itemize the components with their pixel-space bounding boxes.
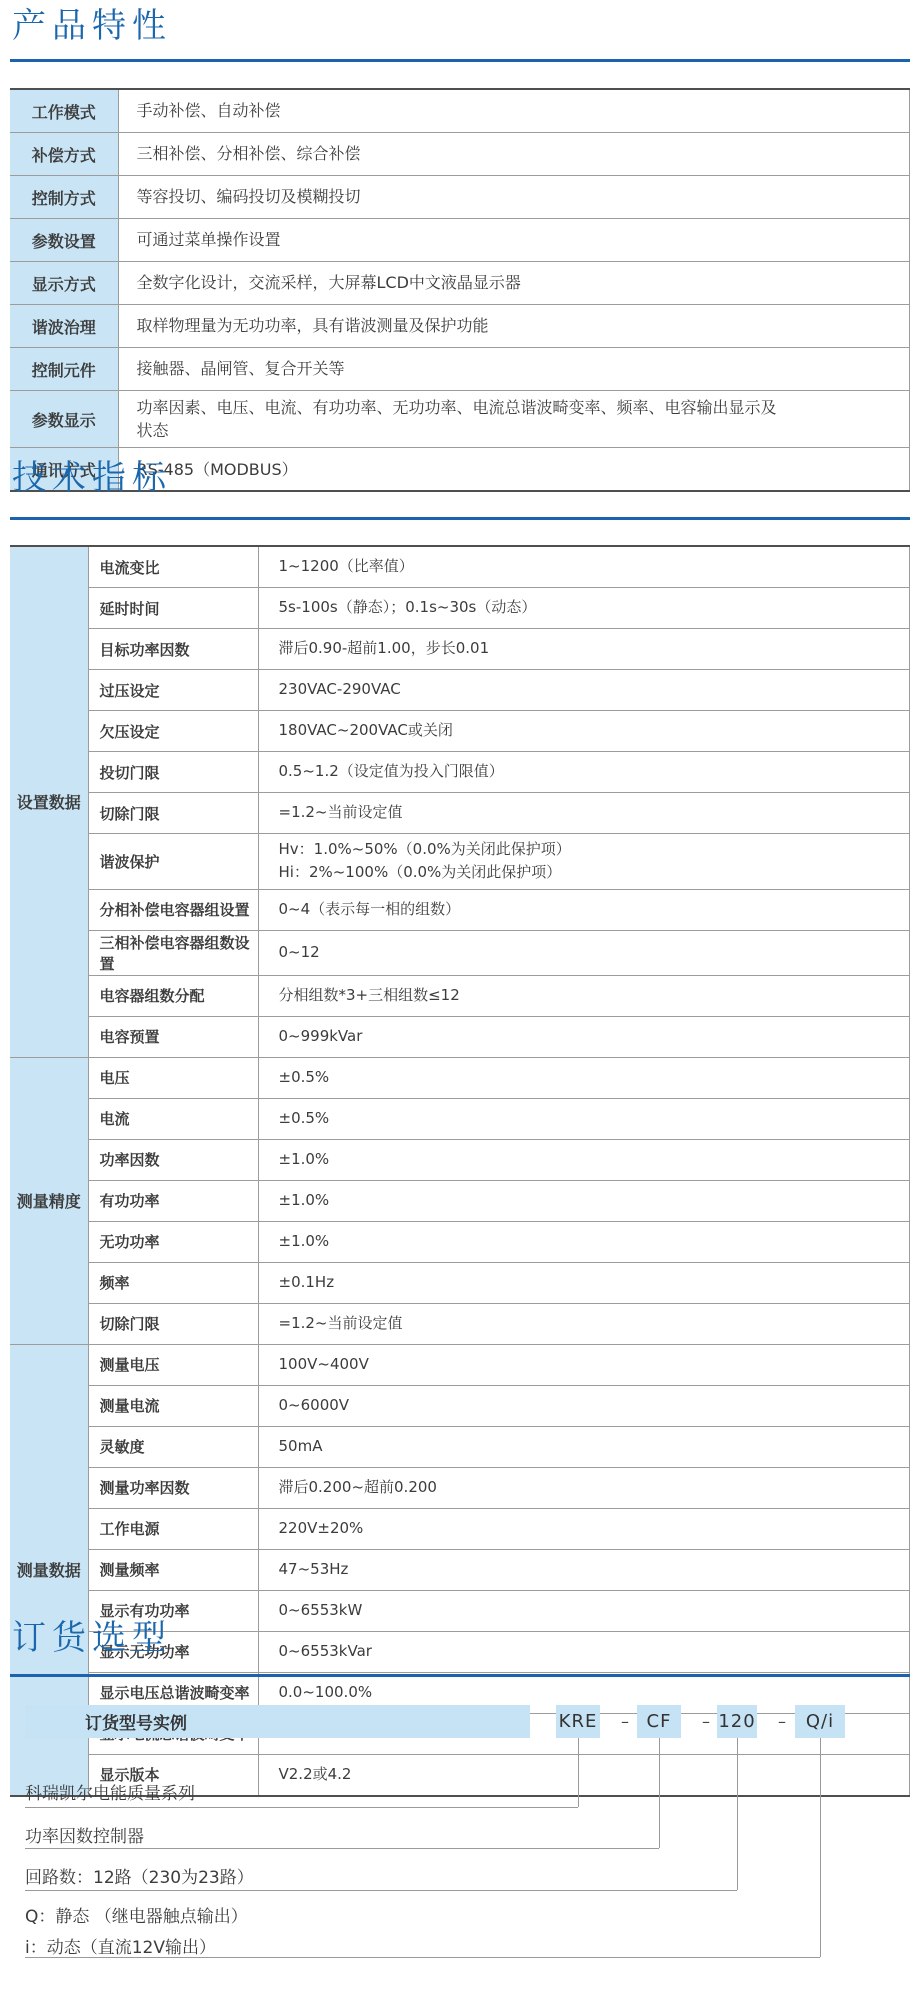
feature-value: RS-485（MODBUS） [118,448,910,492]
legend-text: 科瑞凯尔电能质量系列 [25,1779,195,1804]
spec-label: 三相补偿电容器组数设置 [88,930,258,975]
spec-label: 切除门限 [88,1303,258,1344]
section-title-features: 产品特性 [12,4,172,48]
spec-value: 100V~400V [258,1344,910,1385]
spec-value: 分相组数*3+三相组数≤12 [258,975,910,1016]
spec-label: 欠压设定 [88,711,258,752]
spec-label: 测量功率因数 [88,1467,258,1508]
spec-row: 设置数据电流变比1~1200（比率值） [10,546,910,588]
spec-label: 分相补偿电容器组设置 [88,889,258,930]
spec-row: 测量数据测量电压100V~400V [10,1344,910,1385]
value-line: 功率因素、电压、电流、有功功率、无功功率、电流总谐波畸变率、频率、电容输出显示及 [137,396,900,419]
spec-value: 0.5~1.2（设定值为投入门限值） [258,752,910,793]
ordering-example-label: 订货型号实例 [85,1709,187,1734]
spec-value: 50mA [258,1426,910,1467]
spec-row: 电容器组数分配分相组数*3+三相组数≤12 [10,975,910,1016]
spec-row: 三相补偿电容器组数设置0~12 [10,930,910,975]
section-rule [10,517,910,520]
spec-value: 1~1200（比率值） [258,546,910,588]
spec-row: 投切门限0.5~1.2（设定值为投入门限值） [10,752,910,793]
spec-row: 谐波保护Hv：1.0%~50%（0.0%为关闭此保护项）Hi：2%~100%（0… [10,834,910,890]
feature-row: 补偿方式三相补偿、分相补偿、综合补偿 [10,133,910,176]
feature-label: 参数设置 [10,219,118,262]
spec-row: 测量精度电压±0.5% [10,1057,910,1098]
code-drop-line [820,1738,821,1957]
spec-row: 有功功率±1.0% [10,1180,910,1221]
spec-label: 电容预置 [88,1016,258,1057]
spec-group-label: 测量精度 [10,1057,88,1344]
spec-label: 频率 [88,1262,258,1303]
spec-value: 220V±20% [258,1508,910,1549]
spec-value: 0~999kVar [258,1016,910,1057]
legend-underline [25,1848,659,1849]
spec-row: 过压设定230VAC-290VAC [10,670,910,711]
feature-value: 取样物理量为无功功率，具有谐波测量及保护功能 [118,305,910,348]
feature-value: 手动补偿、自动补偿 [118,89,910,133]
spec-value: ±0.1Hz [258,1262,910,1303]
spec-label: 电流 [88,1098,258,1139]
spec-row: 测量电流0~6000V [10,1385,910,1426]
spec-label: 无功功率 [88,1221,258,1262]
feature-label: 显示方式 [10,262,118,305]
feature-value: 功率因素、电压、电流、有功功率、无功功率、电流总谐波畸变率、频率、电容输出显示及… [118,391,910,448]
spec-label: 电流变比 [88,546,258,588]
spec-value: 5s-100s（静态）；0.1s~30s（动态） [258,588,910,629]
spec-value: ±0.5% [258,1057,910,1098]
spec-label: 谐波保护 [88,834,258,890]
spec-label: 工作电源 [88,1508,258,1549]
ordering-code-qi: Q/i [795,1705,845,1738]
feature-row: 显示方式全数字化设计，交流采样，大屏幕LCD中文液晶显示器 [10,262,910,305]
spec-value: 230VAC-290VAC [258,670,910,711]
spec-row: 测量频率47~53Hz [10,1549,910,1590]
legend-text: 回路数：12路（230为23路） [25,1863,254,1888]
code-separator: – [694,1705,718,1738]
spec-value: ±0.5% [258,1098,910,1139]
spec-label: 切除门限 [88,793,258,834]
features-table: 工作模式手动补偿、自动补偿补偿方式三相补偿、分相补偿、综合补偿控制方式等容投切、… [10,88,910,492]
legend-underline [25,1807,578,1808]
legend-text: 功率因数控制器 [25,1822,144,1847]
ordering-diagram: 订货型号实例 KRE–CF–120–Q/i 科瑞凯尔电能质量系列功率因数控制器回… [0,1705,920,1985]
spec-label: 功率因数 [88,1139,258,1180]
spec-row: 灵敏度50mA [10,1426,910,1467]
value-line: 状态 [137,419,900,442]
legend-underline [25,1957,820,1958]
spec-value: 滞后0.90-超前1.00，步长0.01 [258,629,910,670]
spec-row: 欠压设定180VAC~200VAC或关闭 [10,711,910,752]
feature-value: 三相补偿、分相补偿、综合补偿 [118,133,910,176]
feature-row: 控制元件接触器、晶闸管、复合开关等 [10,348,910,391]
spec-value: ±1.0% [258,1180,910,1221]
spec-row: 测量功率因数滞后0.200~超前0.200 [10,1467,910,1508]
spec-row: 无功功率±1.0% [10,1221,910,1262]
feature-row: 谐波治理取样物理量为无功功率，具有谐波测量及保护功能 [10,305,910,348]
spec-label: 测量电流 [88,1385,258,1426]
code-drop-line [659,1738,660,1848]
feature-value: 等容投切、编码投切及模糊投切 [118,176,910,219]
feature-label: 参数显示 [10,391,118,448]
spec-row: 电流±0.5% [10,1098,910,1139]
value-line: Hv：1.0%~50%（0.0%为关闭此保护项） [279,838,900,861]
specs-table: 设置数据电流变比1~1200（比率值）延时时间5s-100s（静态）；0.1s~… [10,545,910,1797]
ordering-example-band: 订货型号实例 [25,1705,530,1738]
spec-row: 切除门限=1.2~当前设定值 [10,1303,910,1344]
spec-value: 180VAC~200VAC或关闭 [258,711,910,752]
code-separator: – [613,1705,637,1738]
legend-underline [25,1890,737,1891]
spec-label: 投切门限 [88,752,258,793]
spec-label: 目标功率因数 [88,629,258,670]
feature-label: 补偿方式 [10,133,118,176]
feature-row: 参数显示功率因素、电压、电流、有功功率、无功功率、电流总谐波畸变率、频率、电容输… [10,391,910,448]
feature-row: 工作模式手动补偿、自动补偿 [10,89,910,133]
spec-value: 0~12 [258,930,910,975]
spec-value: 滞后0.200~超前0.200 [258,1467,910,1508]
feature-row: 控制方式等容投切、编码投切及模糊投切 [10,176,910,219]
spec-label: 电压 [88,1057,258,1098]
feature-value: 可通过菜单操作设置 [118,219,910,262]
code-drop-line [737,1738,738,1890]
section-rule [10,59,910,62]
feature-label: 谐波治理 [10,305,118,348]
spec-label: 过压设定 [88,670,258,711]
spec-label: 测量频率 [88,1549,258,1590]
value-line: Hi：2%~100%（0.0%为关闭此保护项） [279,861,900,884]
spec-label: 灵敏度 [88,1426,258,1467]
spec-label: 延时时间 [88,588,258,629]
spec-row: 功率因数±1.0% [10,1139,910,1180]
legend-text: Q：静态 （继电器触点输出） [25,1902,248,1927]
feature-value: 接触器、晶闸管、复合开关等 [118,348,910,391]
legend-text: i：动态（直流12V输出） [25,1933,216,1958]
section-title-specs: 技术指标 [12,456,172,500]
ordering-code-120: 120 [717,1705,757,1738]
spec-value: ±1.0% [258,1221,910,1262]
spec-row: 延时时间5s-100s（静态）；0.1s~30s（动态） [10,588,910,629]
code-separator: – [770,1705,794,1738]
feature-label: 工作模式 [10,89,118,133]
spec-label: 电容器组数分配 [88,975,258,1016]
section-rule [10,1674,910,1677]
spec-value: 0~6553kVar [258,1631,910,1672]
ordering-code-cf: CF [637,1705,681,1738]
feature-row: 参数设置可通过菜单操作设置 [10,219,910,262]
spec-label: 测量电压 [88,1344,258,1385]
ordering-code-kre: KRE [556,1705,600,1738]
feature-label: 控制元件 [10,348,118,391]
spec-row: 分相补偿电容器组设置0~4（表示每一相的组数） [10,889,910,930]
spec-value: =1.2~当前设定值 [258,793,910,834]
feature-value: 全数字化设计，交流采样，大屏幕LCD中文液晶显示器 [118,262,910,305]
section-title-ordering: 订货选型 [12,1616,172,1660]
spec-row: 电容预置0~999kVar [10,1016,910,1057]
spec-row: 工作电源220V±20% [10,1508,910,1549]
spec-value: =1.2~当前设定值 [258,1303,910,1344]
feature-label: 控制方式 [10,176,118,219]
spec-group-label: 设置数据 [10,546,88,1057]
spec-row: 目标功率因数滞后0.90-超前1.00，步长0.01 [10,629,910,670]
spec-label: 有功功率 [88,1180,258,1221]
spec-value: 0~4（表示每一相的组数） [258,889,910,930]
spec-value: 47~53Hz [258,1549,910,1590]
spec-value: Hv：1.0%~50%（0.0%为关闭此保护项）Hi：2%~100%（0.0%为… [258,834,910,890]
spec-row: 频率±0.1Hz [10,1262,910,1303]
spec-value: ±1.0% [258,1139,910,1180]
spec-value: 0~6000V [258,1385,910,1426]
spec-value: 0~6553kW [258,1590,910,1631]
code-drop-line [578,1738,579,1807]
spec-row: 切除门限=1.2~当前设定值 [10,793,910,834]
